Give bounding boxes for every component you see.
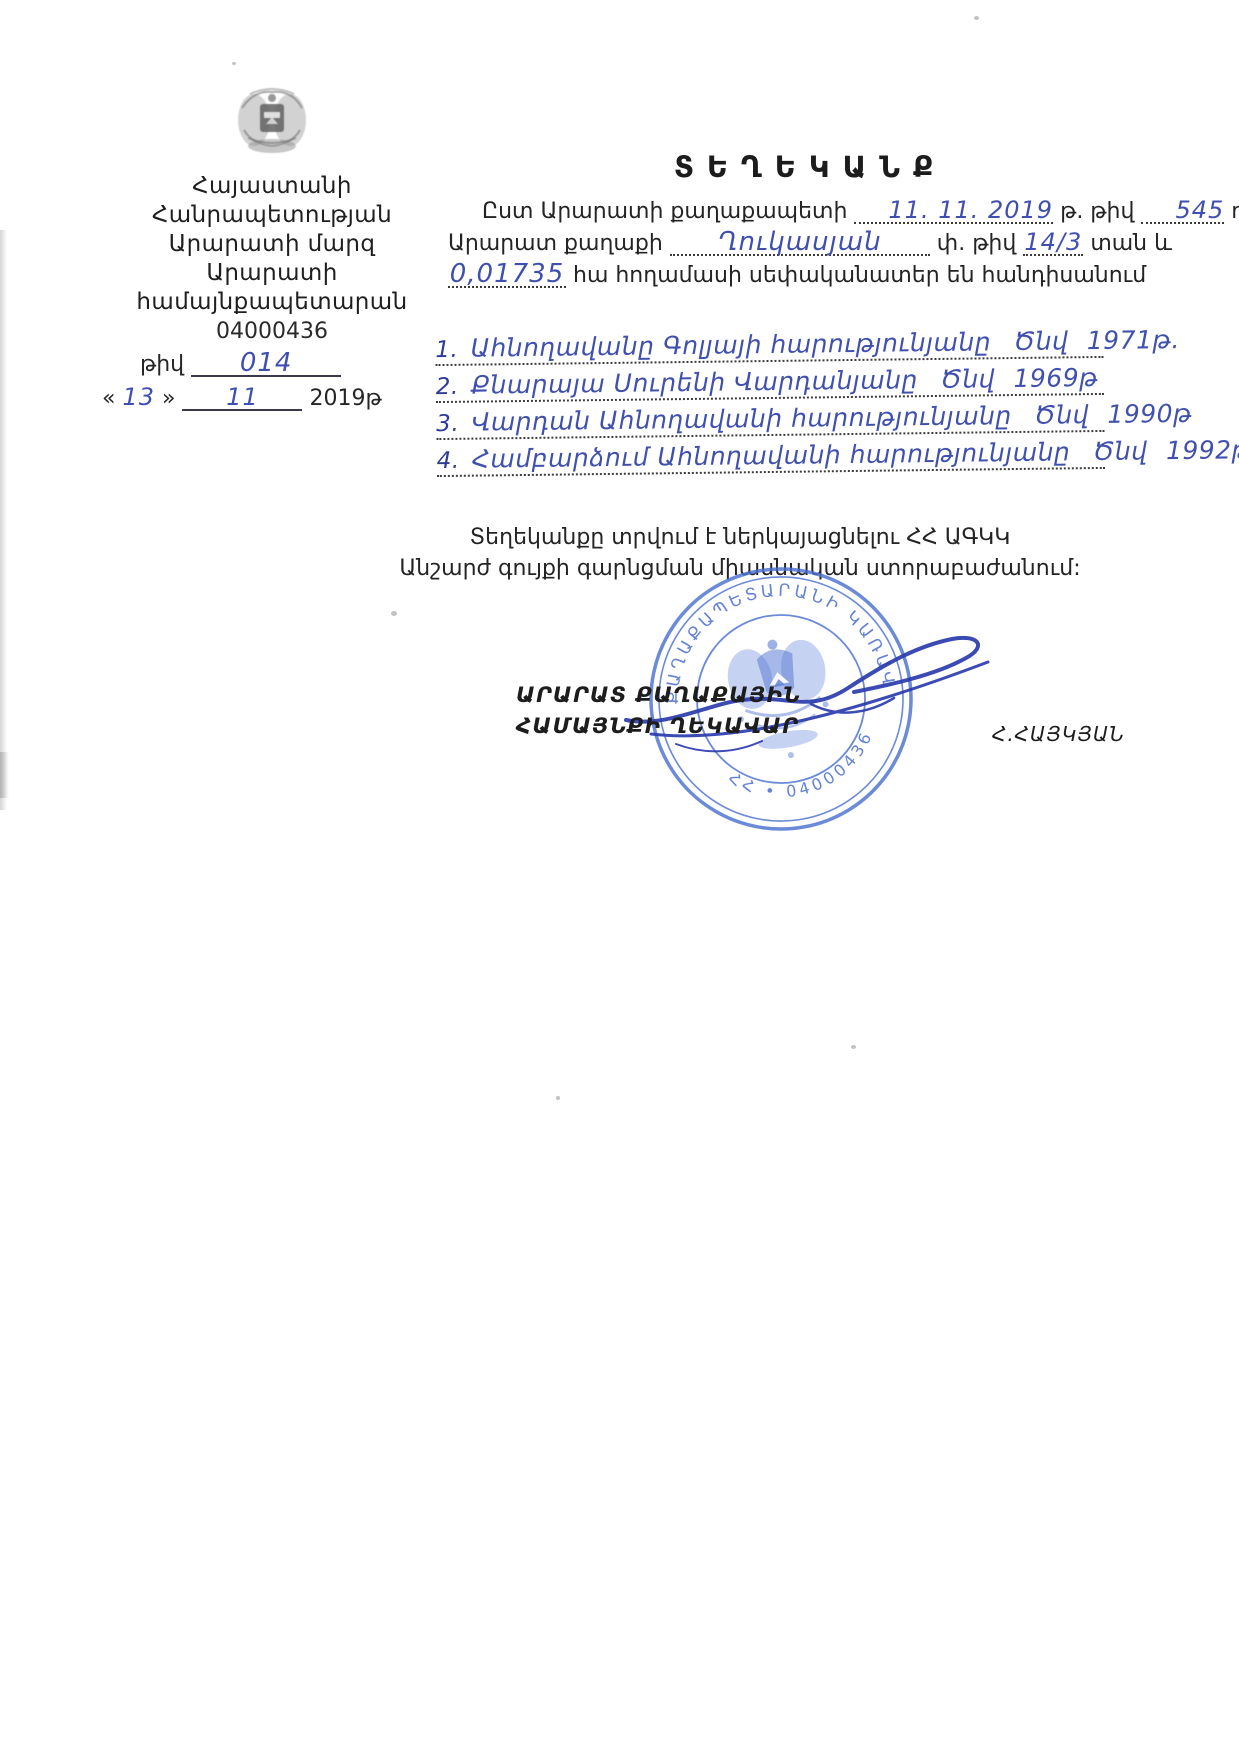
intro-l2-post: տան և bbox=[1090, 231, 1172, 256]
scan-speck bbox=[974, 16, 979, 20]
scan-speck bbox=[556, 1096, 560, 1100]
owner-4-name: Համբարձում Ահնողավանի հարությունյանը bbox=[472, 437, 1071, 473]
owner-3-number: 3. bbox=[436, 411, 459, 437]
street-name-blank: Ղուկասյան bbox=[670, 232, 930, 256]
owner-row-2: 2. Քնարայա Սուրենի Վարդանյանը Ծնվ 1969թ bbox=[436, 363, 1104, 403]
owner-1-born-label: Ծնվ bbox=[1013, 326, 1068, 356]
date-day-handwritten: 13 bbox=[122, 383, 155, 411]
date-month-blank: 11 bbox=[182, 387, 302, 411]
document-number-label: թիվ bbox=[140, 352, 184, 377]
land-area-handwritten: 0,01735 bbox=[450, 259, 565, 289]
owner-row-3: 3. Վարդան Ահնողավանի հարությունյանը Ծնվ … bbox=[436, 400, 1104, 440]
owner-4-born-year: 1992թ bbox=[1166, 435, 1239, 465]
scanned-document-page: Հայաստանի Հանրապետության Արարատի մարզ Ար… bbox=[0, 0, 1239, 1750]
land-area-blank: 0,01735 bbox=[448, 264, 566, 288]
decision-date-handwritten: 11. 11. 2019 bbox=[888, 196, 1053, 224]
decision-number-handwritten: 545 bbox=[1175, 196, 1224, 224]
owner-4-born-label: Ծնվ bbox=[1093, 436, 1148, 466]
quote-close: » bbox=[162, 386, 175, 411]
document-number-row: թիվ 014 bbox=[92, 352, 452, 377]
letterhead-code: 04000436 bbox=[92, 319, 452, 344]
owner-1-born-year: 1971թ. bbox=[1087, 325, 1180, 355]
owner-2-born-year: 1969թ bbox=[1013, 363, 1098, 393]
owner-3-born-label: Ծնվ bbox=[1034, 400, 1089, 430]
scan-speck bbox=[391, 611, 397, 616]
date-year: 2019թ bbox=[309, 386, 381, 411]
letterhead-country: Հայաստանի Հանրապետության bbox=[92, 172, 452, 230]
house-number-blank: 14/3 bbox=[1023, 232, 1083, 256]
coat-of-arms-icon bbox=[224, 78, 320, 162]
document-date-row: « 13 » 11 2019թ bbox=[92, 383, 452, 411]
intro-l2-mid: փ. թիվ bbox=[937, 231, 1017, 256]
document-title: ՏԵՂԵԿԱՆՔ bbox=[600, 150, 1020, 184]
signatory-title-line-1: ԱՐԱՐԱՏ ՔԱՂԱՔԱՅԻՆ bbox=[516, 680, 801, 711]
intro-paragraph: Ըստ Արարատի քաղաքապետի 11. 11. 2019 թ. թ… bbox=[448, 196, 1128, 292]
intro-l1-pre: Ըստ Արարատի քաղաքապետի bbox=[482, 199, 847, 224]
letterhead-municipality: Արարատի համայնքապետարան bbox=[92, 259, 452, 317]
house-number-handwritten: 14/3 bbox=[1024, 228, 1082, 256]
letterhead-region: Արարատի մարզ bbox=[92, 230, 452, 259]
date-month-handwritten: 11 bbox=[226, 383, 259, 411]
signatory-title: ԱՐԱՐԱՏ ՔԱՂԱՔԱՅԻՆ ՀԱՄԱՅՆՔԻ ՂԵԿԱՎԱՐ bbox=[516, 680, 801, 742]
document-number-blank: 014 bbox=[191, 353, 341, 377]
scan-speck bbox=[232, 62, 236, 65]
owner-4-number: 4. bbox=[437, 448, 460, 474]
street-name-handwritten: Ղուկասյան bbox=[718, 227, 882, 257]
owner-2-name: Քնարայա Սուրենի Վարդանյանը bbox=[471, 365, 918, 399]
scan-edge-artifact bbox=[0, 230, 7, 810]
quote-open: « bbox=[102, 386, 115, 411]
intro-l1-mid: թ. թիվ bbox=[1060, 199, 1134, 224]
owners-list: 1. Ահնողավանը Գոլյայի հարությունյանը Ծնվ… bbox=[435, 326, 1105, 482]
document-number-handwritten: 014 bbox=[240, 348, 293, 378]
letterhead: Հայաստանի Հանրապետության Արարատի մարզ Ար… bbox=[92, 78, 452, 411]
owner-row-4: 4. Համբարձում Ահնողավանի հարությունյանը … bbox=[436, 437, 1104, 477]
scan-speck bbox=[851, 1045, 856, 1049]
decision-number-blank: 545 bbox=[1141, 200, 1224, 224]
intro-line-2: Արարատ քաղաքի Ղուկասյան փ. թիվ 14/3 տան … bbox=[448, 228, 1128, 260]
decision-date-blank: 11. 11. 2019 bbox=[854, 200, 1053, 224]
owner-1-name: Ահնողավանը Գոլյայի հարությունյանը bbox=[471, 327, 992, 362]
owner-3-born-year: 1990թ bbox=[1107, 399, 1192, 429]
owner-3-name: Վարդան Ահնողավանի հարությունյանը bbox=[471, 401, 1012, 437]
signatory-title-line-2: ՀԱՄԱՅՆՔԻ ՂԵԿԱՎԱՐ bbox=[516, 711, 801, 742]
owner-2-born-label: Ծնվ bbox=[940, 364, 995, 394]
intro-l2-pre: Արարատ քաղաքի bbox=[448, 231, 663, 256]
intro-line-1: Ըստ Արարատի քաղաքապետի 11. 11. 2019 թ. թ… bbox=[448, 196, 1128, 228]
signatory-name: Հ.ՀԱՅԿՅԱՆ bbox=[992, 722, 1125, 746]
owner-1-number: 1. bbox=[435, 337, 458, 363]
intro-l3-post: հա հողամասի սեփականատեր են հանդիսանում bbox=[573, 263, 1146, 288]
owner-2-number: 2. bbox=[436, 374, 459, 400]
intro-l1-post: որոշումամբ bbox=[1231, 199, 1239, 224]
owner-row-1: 1. Ահնողավանը Գոլյայի հարությունյանը Ծնվ… bbox=[435, 326, 1103, 366]
intro-line-3: 0,01735 հա հողամասի սեփականատեր են հանդի… bbox=[448, 260, 1128, 292]
scan-smudge-artifact bbox=[0, 752, 9, 798]
